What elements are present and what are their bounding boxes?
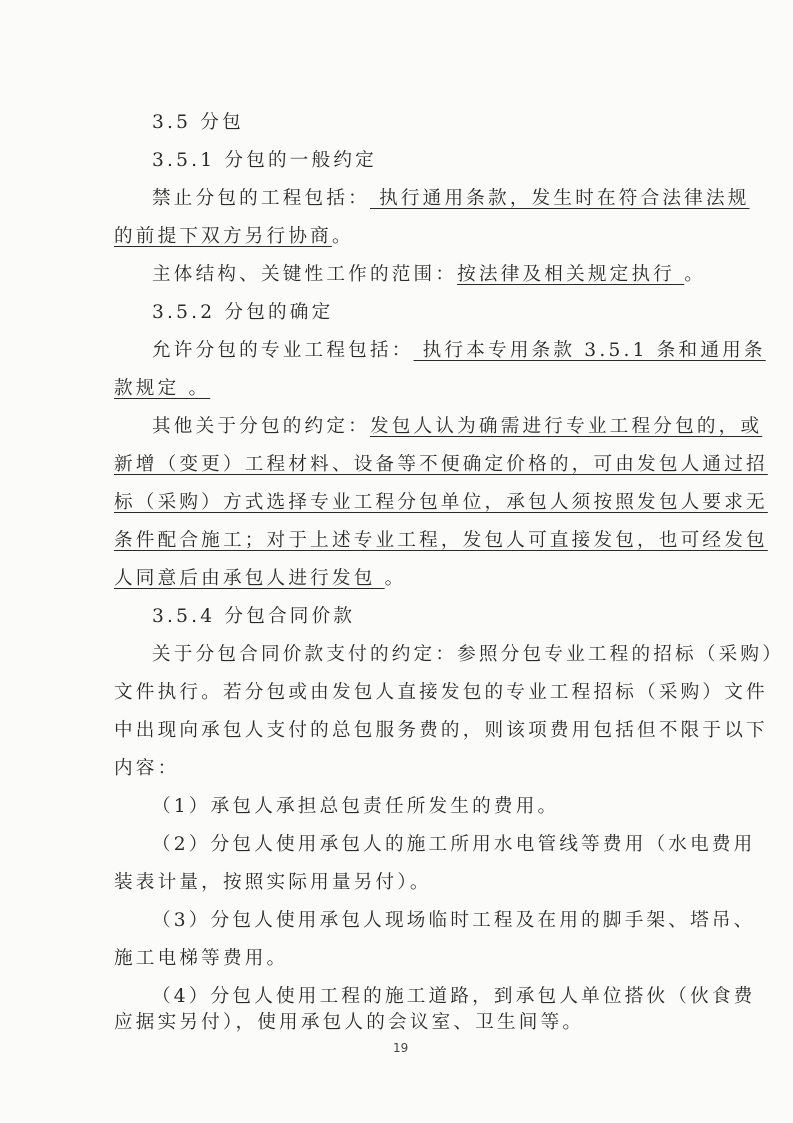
other-agreement-line-2: 新增（变更）工程材料、设备等不便确定价格的，可由发包人通过招	[114, 452, 768, 478]
payment-paragraph-line-1: 关于分包合同价款支付的约定：参照分包专业工程的招标（采购）	[152, 642, 784, 668]
main-structure-line: 主体结构、关键性工作的范围：按法律及相关规定执行 。	[152, 262, 706, 288]
prohibited-value-cont: 的前提下双方另行协商	[114, 226, 332, 247]
other-value-cont: 标（采购）方式选择专业工程分包单位，承包人须按照发包人要求无	[114, 492, 768, 513]
document-page: 3.5 分包 3.5.1 分包的一般约定 禁止分包的工程包括： 执行通用条款，发…	[0, 0, 793, 1123]
list-item-2-cont: 装表计量，按照实际用量另付）。	[114, 870, 432, 896]
list-item-3-cont: 施工电梯等费用。	[114, 946, 288, 972]
subsection-heading-3-5-1: 3.5.1 分包的一般约定	[152, 148, 377, 174]
prohibited-subcontract-line-2: 的前提下双方另行协商。	[114, 224, 354, 250]
list-item-4: （4）分包人使用工程的施工道路，到承包人单位搭伙（伙食费	[152, 984, 755, 1010]
allowed-value: 执行本专用条款 3.5.1 条和通用条	[414, 340, 766, 361]
payment-paragraph-line-3: 中出现向承包人支付的总包服务费的，则该项费用包括但不限于以下	[114, 718, 768, 744]
prohibited-value: 执行通用条款，发生时在符合法律法规	[370, 188, 750, 209]
list-item-2: （2）分包人使用承包人的施工所用水电管线等费用（水电费用	[152, 832, 755, 858]
list-item-4-cont: 应据实另付），使用承包人的会议室、卫生间等。	[114, 1010, 584, 1036]
other-value-cont: 新增（变更）工程材料、设备等不便确定价格的，可由发包人通过招	[114, 454, 768, 475]
prohibited-subcontract-line: 禁止分包的工程包括： 执行通用条款，发生时在符合法律法规	[152, 186, 750, 212]
other-agreement-line-4: 条件配合施工；对于上述专业工程，发包人可直接发包，也可经发包	[114, 528, 768, 554]
other-value: 发包人认为确需进行专业工程分包的，或	[370, 416, 762, 437]
period: 。	[385, 568, 407, 589]
main-structure-value: 按法律及相关规定执行	[457, 264, 684, 285]
allowed-value-cont: 款规定 。	[114, 378, 210, 399]
prohibited-label: 禁止分包的工程包括：	[152, 188, 370, 209]
list-item-1: （1）承包人承担总包责任所发生的费用。	[152, 794, 559, 820]
main-structure-label: 主体结构、关键性工作的范围：	[152, 264, 457, 285]
other-value-cont: 条件配合施工；对于上述专业工程，发包人可直接发包，也可经发包	[114, 530, 768, 551]
other-value-cont: 人同意后由承包人进行发包	[114, 568, 385, 589]
allowed-label: 允许分包的专业工程包括：	[152, 340, 414, 361]
payment-paragraph-line-2: 文件执行。若分包或由发包人直接发包的专业工程招标（采购）文件	[114, 680, 768, 706]
allowed-subcontract-line: 允许分包的专业工程包括： 执行本专用条款 3.5.1 条和通用条	[152, 338, 766, 364]
other-agreement-line: 其他关于分包的约定：发包人认为确需进行专业工程分包的，或	[152, 414, 762, 440]
payment-paragraph-line-4: 内容：	[114, 756, 179, 782]
list-item-3: （3）分包人使用承包人现场临时工程及在用的脚手架、塔吊、	[152, 908, 755, 934]
section-heading: 3.5 分包	[152, 110, 244, 136]
other-agreement-line-3: 标（采购）方式选择专业工程分包单位，承包人须按照发包人要求无	[114, 490, 768, 516]
other-label: 其他关于分包的约定：	[152, 416, 370, 437]
allowed-subcontract-line-2: 款规定 。	[114, 376, 210, 402]
page-number: 19	[393, 1041, 408, 1055]
period: 。	[684, 264, 706, 285]
period: 。	[332, 226, 354, 247]
other-agreement-line-5: 人同意后由承包人进行发包 。	[114, 566, 406, 592]
subsection-heading-3-5-4: 3.5.4 分包合同价款	[152, 604, 355, 630]
subsection-heading-3-5-2: 3.5.2 分包的确定	[152, 300, 333, 326]
